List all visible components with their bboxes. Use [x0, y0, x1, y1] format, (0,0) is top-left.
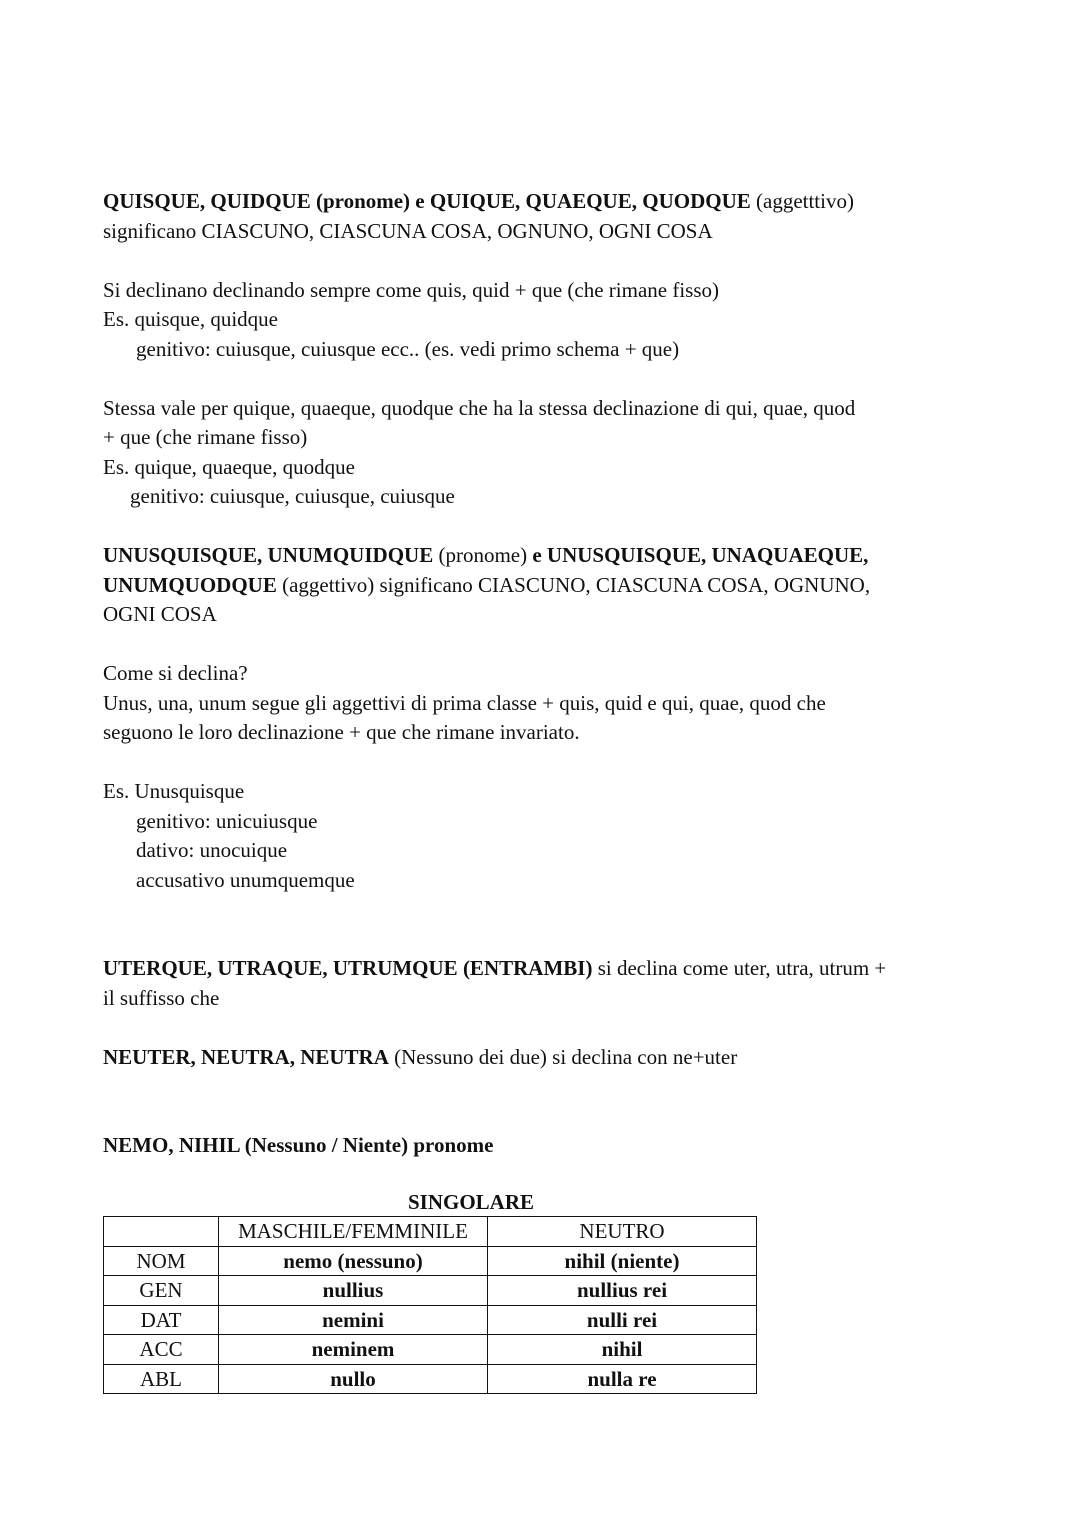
case-label: GEN: [104, 1276, 219, 1306]
unusquisque-normal-c: (aggettivo) significano CIASCUNO, CIASCU…: [277, 573, 870, 597]
neutro-form: nulla re: [488, 1364, 757, 1394]
table-row: NOM nemo (nessuno) nihil (niente): [104, 1246, 757, 1276]
unusquisque-question: Come si declina?: [103, 659, 983, 689]
neuter-bold: NEUTER, NEUTRA, NEUTRA: [103, 1045, 389, 1069]
masc-fem-form: nullo: [219, 1364, 488, 1394]
neutro-form: nullius rei: [488, 1276, 757, 1306]
unusquisque-example-accusative: accusativo unumquemque: [103, 866, 983, 896]
case-label: ACC: [104, 1335, 219, 1365]
table-row: ACC neminem nihil: [104, 1335, 757, 1365]
unusquisque-bold-c: UNUMQUODQUE: [103, 573, 277, 597]
table-header-row: MASCHILE/FEMMINILE NEUTRO: [104, 1217, 757, 1247]
unusquisque-bold-b: e UNUSQUISQUE, UNAQUAEQUE,: [532, 543, 868, 567]
unusquisque-example-genitive: genitivo: unicuiusque: [103, 807, 983, 837]
quique-example-genitive: genitivo: cuiusque, cuiusque, cuiusque: [103, 482, 983, 512]
unusquisque-heading-line2: UNUMQUODQUE (aggettivo) significano CIAS…: [103, 571, 983, 601]
table-header-neutro: NEUTRO: [488, 1217, 757, 1247]
quisque-example-genitive: genitivo: cuiusque, cuiusque ecc.. (es. …: [103, 335, 983, 365]
neuter-normal: (Nessuno dei due) si declina con ne+uter: [389, 1045, 737, 1069]
quisque-heading-normal: (aggetttivo): [751, 189, 854, 213]
neutro-form: nihil (niente): [488, 1246, 757, 1276]
quisque-heading: QUISQUE, QUIDQUE (pronome) e QUIQUE, QUA…: [103, 187, 983, 217]
case-label: DAT: [104, 1305, 219, 1335]
quique-rule-line2: + que (che rimane fisso): [103, 423, 983, 453]
masc-fem-form: nemini: [219, 1305, 488, 1335]
unusquisque-heading-line3: OGNI COSA: [103, 600, 983, 630]
uterque-normal: si declina come uter, utra, utrum +: [592, 956, 886, 980]
neutro-form: nihil: [488, 1335, 757, 1365]
uterque-line2: il suffisso che: [103, 984, 983, 1014]
unusquisque-answer-line2: seguono le loro declinazione + que che r…: [103, 718, 983, 748]
unusquisque-bold-a: UNUSQUISQUE, UNUMQUIDQUE: [103, 543, 433, 567]
quique-example: Es. quique, quaeque, quodque: [103, 453, 983, 483]
masc-fem-form: nullius: [219, 1276, 488, 1306]
case-label: NOM: [104, 1246, 219, 1276]
unusquisque-heading-line1: UNUSQUISQUE, UNUMQUIDQUE (pronome) e UNU…: [103, 541, 983, 571]
quisque-example: Es. quisque, quidque: [103, 305, 983, 335]
unusquisque-example: Es. Unusquisque: [103, 777, 983, 807]
unusquisque-normal-a: (pronome): [433, 543, 532, 567]
table-row: DAT nemini nulli rei: [104, 1305, 757, 1335]
table-row: ABL nullo nulla re: [104, 1364, 757, 1394]
document-page: QUISQUE, QUIDQUE (pronome) e QUIQUE, QUA…: [103, 187, 983, 1161]
table-row: GEN nullius nullius rei: [104, 1276, 757, 1306]
unusquisque-answer-line1: Unus, una, unum segue gli aggettivi di p…: [103, 689, 983, 719]
case-label: ABL: [104, 1364, 219, 1394]
masc-fem-form: neminem: [219, 1335, 488, 1365]
uterque-bold: UTERQUE, UTRAQUE, UTRUMQUE (ENTRAMBI): [103, 956, 592, 980]
quisque-declension-rule: Si declinano declinando sempre come quis…: [103, 276, 983, 306]
neuter-heading: NEUTER, NEUTRA, NEUTRA (Nessuno dei due)…: [103, 1043, 983, 1073]
table-header-case: [104, 1217, 219, 1247]
masc-fem-form: nemo (nessuno): [219, 1246, 488, 1276]
nemo-heading: NEMO, NIHIL (Nessuno / Niente) pronome: [103, 1131, 983, 1161]
unusquisque-example-dative: dativo: unocuique: [103, 836, 983, 866]
uterque-heading: UTERQUE, UTRAQUE, UTRUMQUE (ENTRAMBI) si…: [103, 954, 983, 984]
quique-rule-line1: Stessa vale per quique, quaeque, quodque…: [103, 394, 983, 424]
neutro-form: nulli rei: [488, 1305, 757, 1335]
quisque-heading-bold: QUISQUE, QUIDQUE (pronome) e QUIQUE, QUA…: [103, 189, 751, 213]
table-caption-text: SINGOLARE: [408, 1188, 534, 1216]
table-header-masc-fem: MASCHILE/FEMMINILE: [219, 1217, 488, 1247]
declension-table: MASCHILE/FEMMINILE NEUTRO NOM nemo (ness…: [103, 1216, 757, 1394]
quisque-meaning: significano CIASCUNO, CIASCUNA COSA, OGN…: [103, 217, 983, 247]
